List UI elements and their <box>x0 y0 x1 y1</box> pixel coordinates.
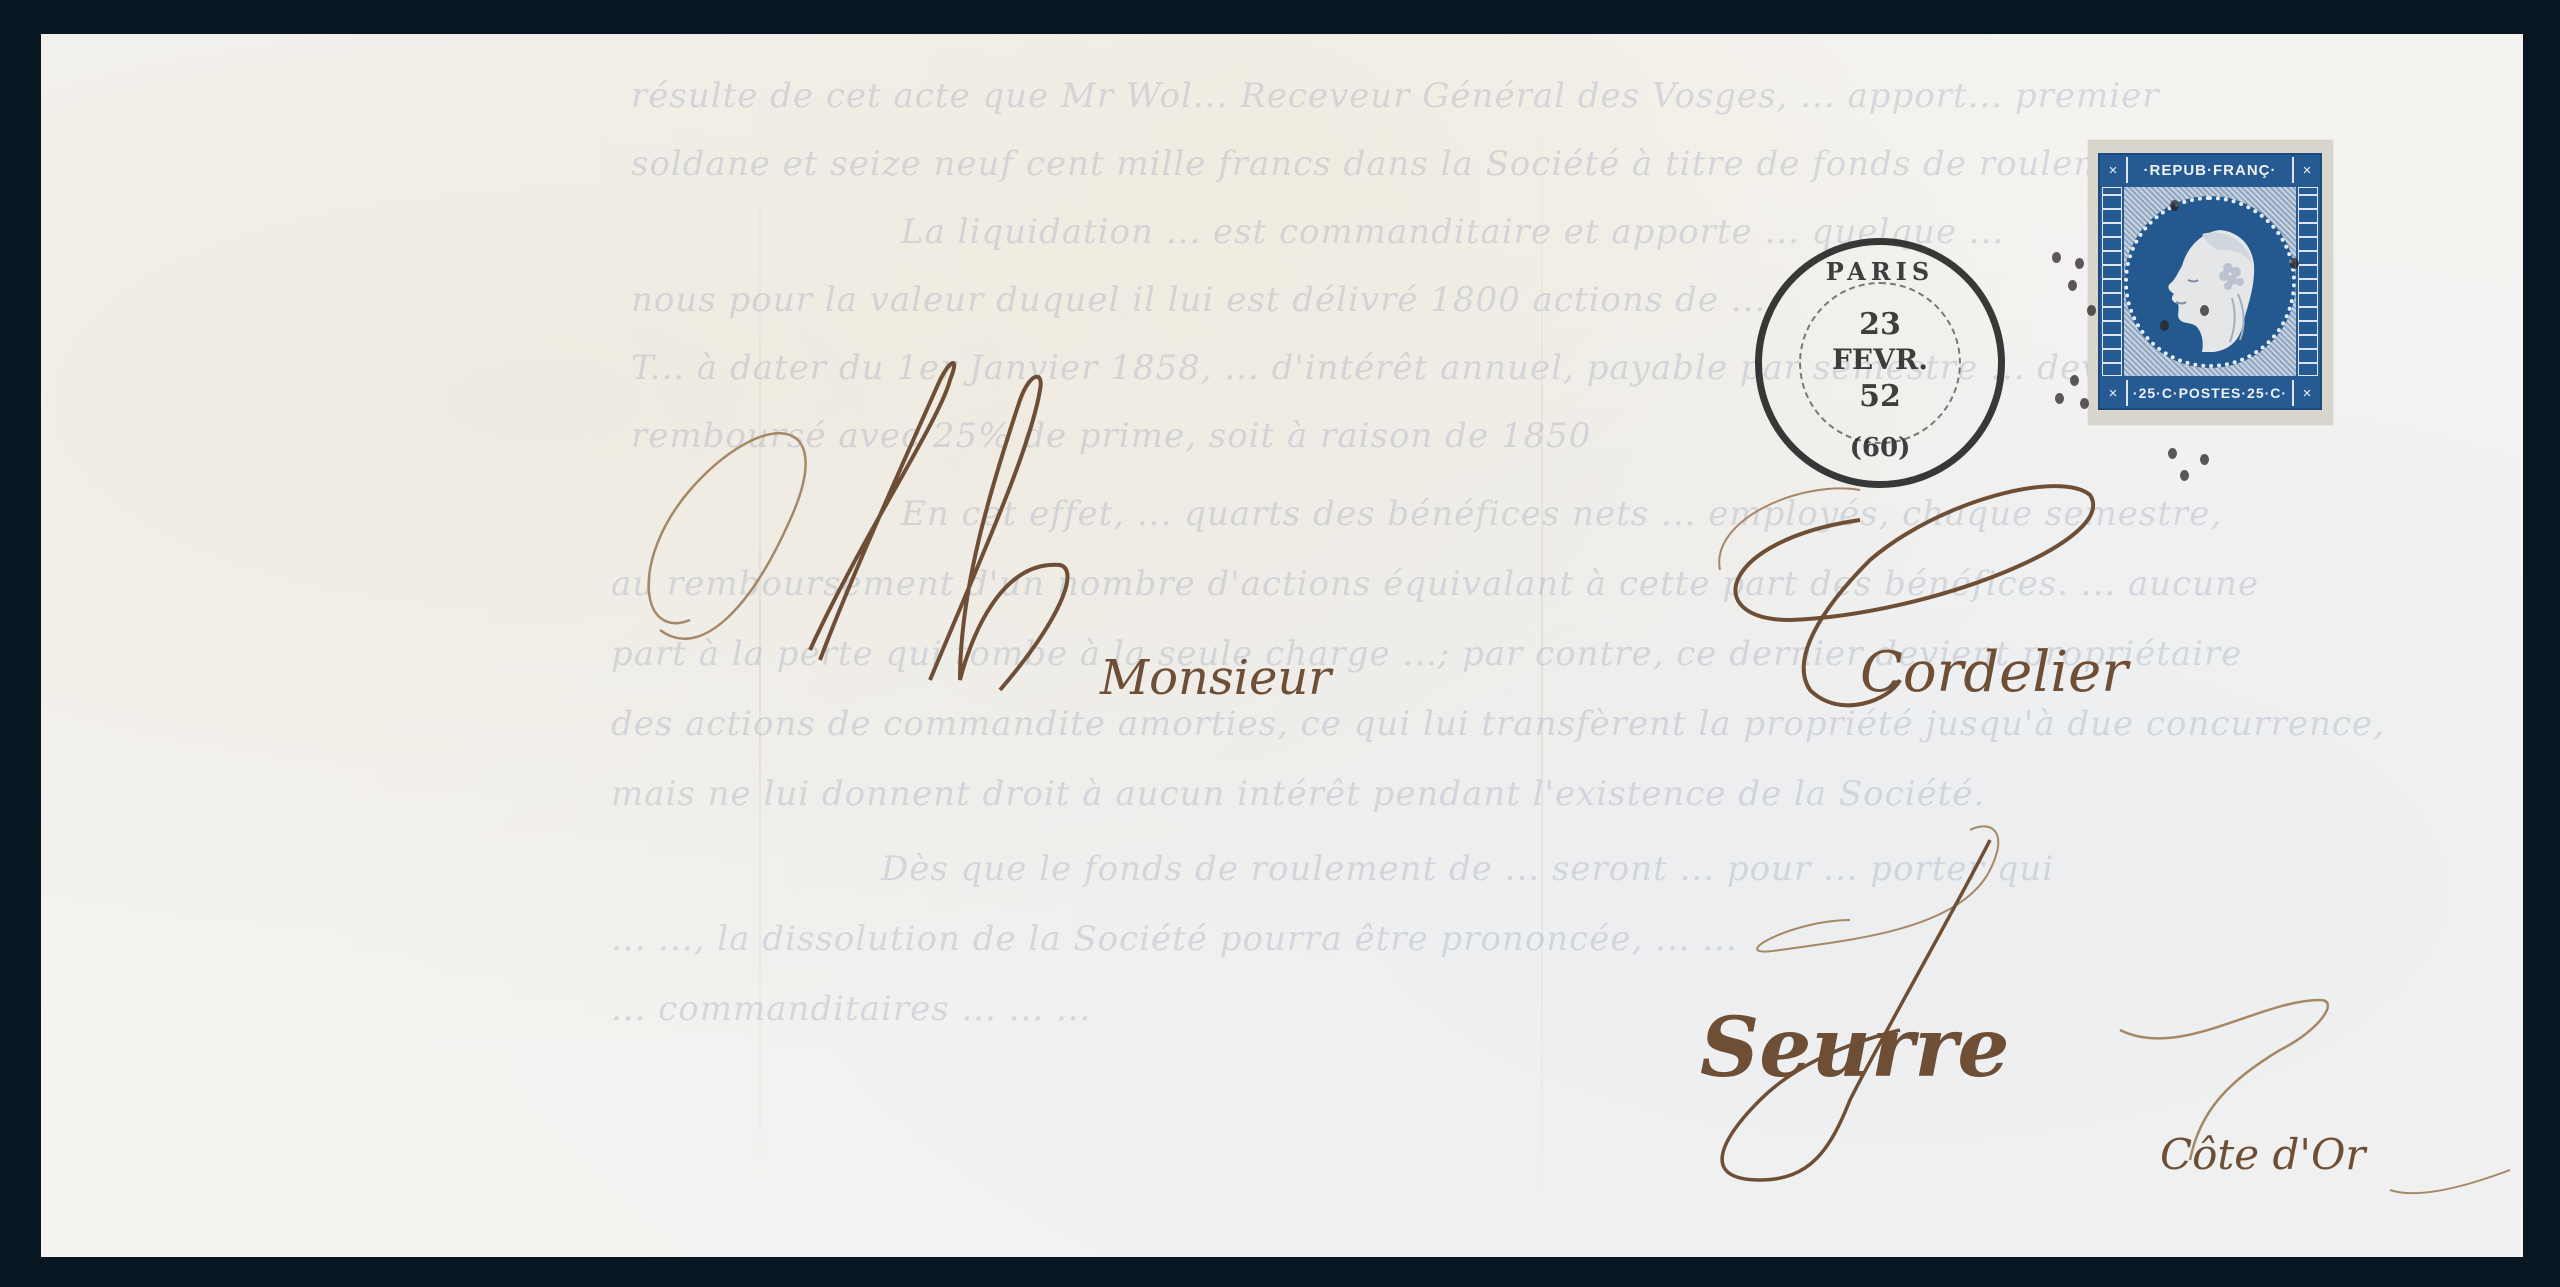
datestamp-day: 23 <box>1762 307 1998 342</box>
datestamp-month: FEVR. <box>1762 343 1998 376</box>
bleed-line: des actions de commandite amorties, ce q… <box>611 704 2385 744</box>
paper-fold <box>1541 34 1543 1257</box>
address-town: Seurre <box>1700 1000 2010 1096</box>
bleed-line: résulte de cet acte que Mr Wol... Receve… <box>631 76 2160 116</box>
stamp-frame: × × × × ·REPUB·FRANÇ· <box>2098 153 2322 410</box>
stamp-background-engraving <box>2124 187 2296 376</box>
cancel-dot <box>2290 258 2299 269</box>
stamp-top-inscription: ·REPUB·FRANÇ· <box>2126 157 2294 183</box>
stamp-bottom-inscription: ·25·C·POSTES·25·C· <box>2126 380 2294 406</box>
cancel-dot <box>2068 280 2077 291</box>
cancel-dot <box>2168 448 2177 459</box>
stamp-medallion <box>2124 196 2296 368</box>
bleed-line: En cet effet, ... quarts des bénéfices n… <box>901 494 2222 534</box>
ceres-head-icon <box>2162 224 2262 354</box>
paris-datestamp: PARIS 23 FEVR. 52 (60) <box>1755 238 2005 488</box>
postage-stamp: × × × × ·REPUB·FRANÇ· <box>2088 140 2333 425</box>
cancel-dot <box>2200 305 2209 316</box>
address-department: Côte d'Or <box>2160 1130 2365 1179</box>
cancel-dot <box>2170 200 2179 211</box>
stamp-greek-key-border <box>2298 187 2318 376</box>
bleed-line: ... ..., la dissolution de la Société po… <box>611 919 1738 959</box>
bleed-line: remboursé avec 25% de prime, soit à rais… <box>631 416 1591 456</box>
cancel-dot <box>2070 375 2079 386</box>
address-salutation: Monsieur <box>1100 650 1331 706</box>
stamp-greek-key-border <box>2102 187 2122 376</box>
bleed-line: soldane et seize neuf cent mille francs … <box>631 144 2165 184</box>
datestamp-year: 52 <box>1762 379 1998 414</box>
paper-fold <box>759 34 761 1257</box>
bleed-line: mais ne lui donnent droit à aucun intérê… <box>611 774 1985 814</box>
bleed-line: ... commanditaires ... ... ... <box>611 989 1091 1029</box>
address-name: Cordelier <box>1860 640 2128 705</box>
bleed-line: nous pour la valeur duquel il lui est dé… <box>631 280 1766 320</box>
stamp-corner-icon: × <box>2102 157 2124 183</box>
datestamp-city: PARIS <box>1762 257 1998 286</box>
cancel-dot <box>2087 305 2096 316</box>
bleed-line: au remboursement d'un nombre d'actions é… <box>611 564 2259 604</box>
cancel-dot <box>2075 258 2084 269</box>
cancel-dot <box>2052 252 2061 263</box>
stamp-corner-icon: × <box>2296 380 2318 406</box>
cancel-dot <box>2055 393 2064 404</box>
cancel-dot <box>2160 320 2169 331</box>
cancel-dot <box>2080 398 2089 409</box>
stamp-corner-icon: × <box>2102 380 2124 406</box>
cancel-dot <box>2180 470 2189 481</box>
datestamp-bureau: (60) <box>1762 433 1998 463</box>
bleed-line: Dès que le fonds de roulement de ... ser… <box>881 849 2054 889</box>
stamp-corner-icon: × <box>2296 157 2318 183</box>
cancel-dot <box>2200 454 2209 465</box>
